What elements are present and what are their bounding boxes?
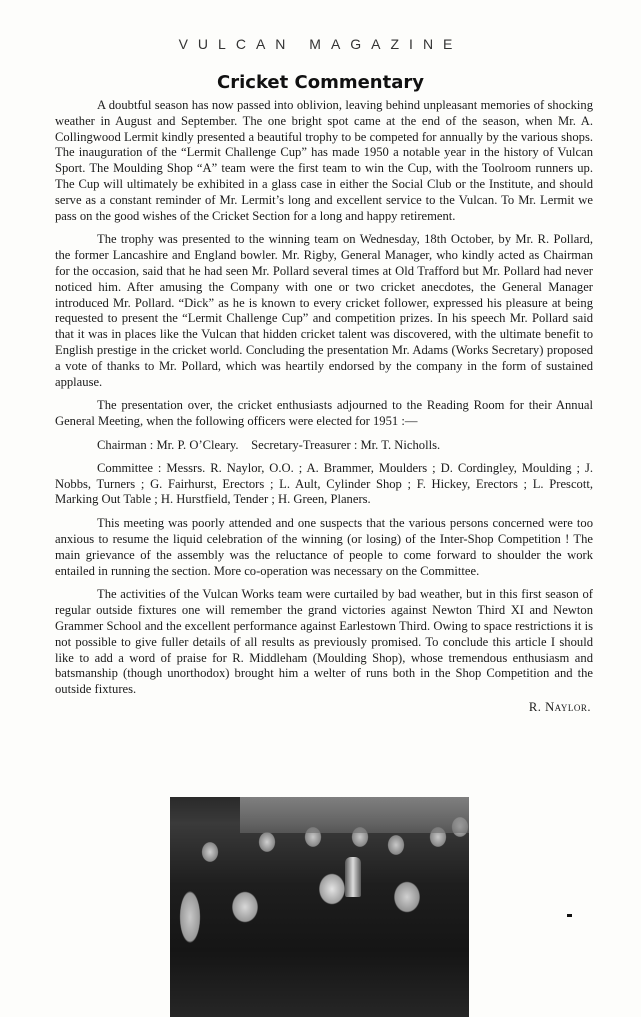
article-title: Cricket Commentary (0, 72, 641, 93)
paragraph-presentation: The trophy was presented to the winning … (55, 232, 593, 390)
team-group-photo (170, 797, 469, 1017)
paragraph-intro: A doubtful season has now passed into ob… (55, 98, 593, 224)
paragraph-meeting: This meeting was poorly attended and one… (55, 516, 593, 579)
author-signature: R. Naylor. (55, 700, 593, 716)
print-speck (567, 914, 572, 917)
paragraph-activities: The activities of the Vulcan Works team … (55, 587, 593, 698)
article-body: A doubtful season has now passed into ob… (55, 98, 593, 716)
trophy-cup-image (345, 857, 361, 897)
paragraph-officers: Chairman : Mr. P. O’Cleary. Secretary-Tr… (55, 438, 593, 454)
paragraph-agm: The presentation over, the cricket enthu… (55, 398, 593, 430)
photo-background-wall (240, 797, 469, 833)
magazine-masthead: VULCAN MAGAZINE (0, 36, 641, 52)
paragraph-committee: Committee : Messrs. R. Naylor, O.O. ; A.… (55, 461, 593, 508)
